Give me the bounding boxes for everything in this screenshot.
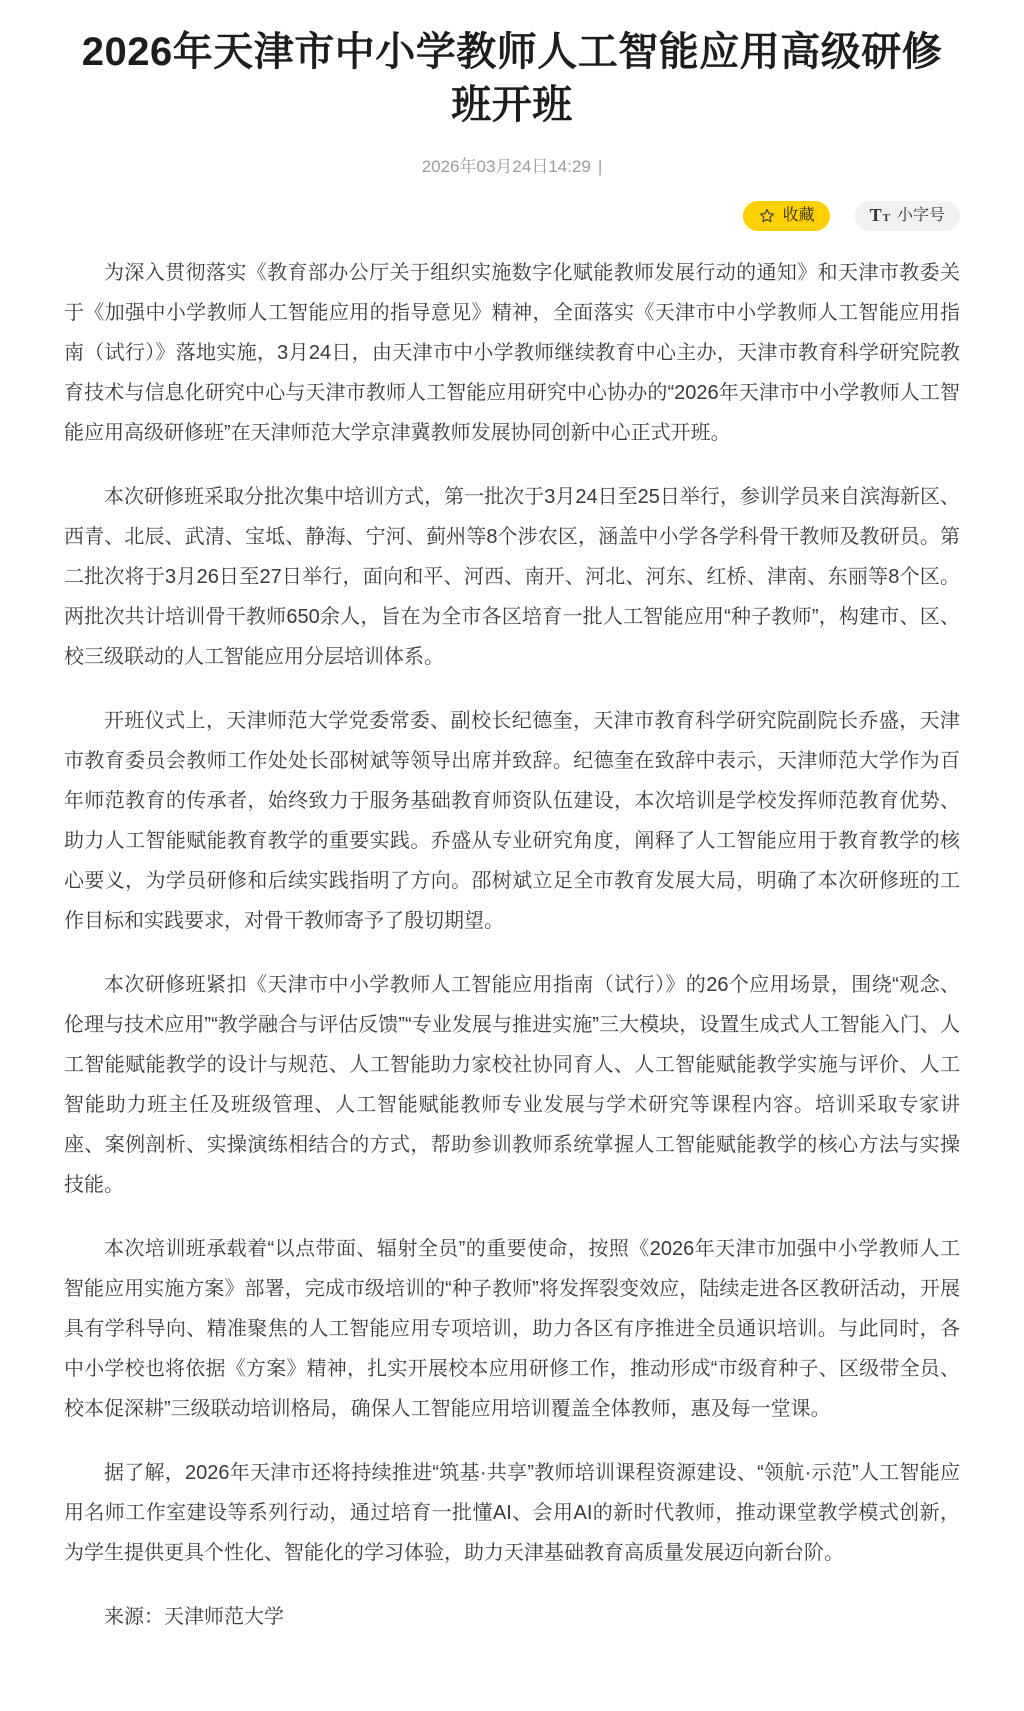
favorite-button[interactable]: 收藏 [743,201,830,231]
font-size-label: 小字号 [897,201,945,231]
article-content: 为深入贯彻落实《教育部办公厅关于组织实施数字化赋能教师发展行动的通知》和天津市教… [64,253,960,1637]
source-line: 来源：天津师范大学 [64,1597,960,1637]
star-icon [758,207,776,225]
article-meta: 2026年03月24日14:29| [64,152,960,177]
meta-separator: | [598,157,602,176]
paragraph: 为深入贯彻落实《教育部办公厅关于组织实施数字化赋能教师发展行动的通知》和天津市教… [64,253,960,453]
favorite-label: 收藏 [783,201,815,231]
font-size-button[interactable]: T T 小字号 [855,201,960,231]
paragraph: 本次培训班承载着“以点带面、辐射全员”的重要使命，按照《2026年天津市加强中小… [64,1229,960,1429]
paragraph: 开班仪式上，天津师范大学党委常委、副校长纪德奎，天津市教育科学研究院副院长乔盛，… [64,701,960,941]
article: 2026年天津市中小学教师人工智能应用高级研修班开班 2026年03月24日14… [64,26,960,1637]
article-page: 2026年天津市中小学教师人工智能应用高级研修班开班 2026年03月24日14… [0,0,1024,1711]
paragraph: 本次研修班采取分批次集中培训方式，第一批次于3月24日至25日举行，参训学员来自… [64,477,960,677]
article-actions: 收藏 T T 小字号 [64,201,960,231]
paragraph: 本次研修班紧扣《天津市中小学教师人工智能应用指南（试行）》的26个应用场景，围绕… [64,965,960,1205]
font-size-icon: T T [870,200,890,233]
publish-date: 2026年03月24日14:29 [422,157,591,176]
article-title: 2026年天津市中小学教师人工智能应用高级研修班开班 [72,26,952,132]
paragraph: 据了解，2026年天津市还将持续推进“筑基·共享”教师培训课程资源建设、“领航·… [64,1453,960,1573]
